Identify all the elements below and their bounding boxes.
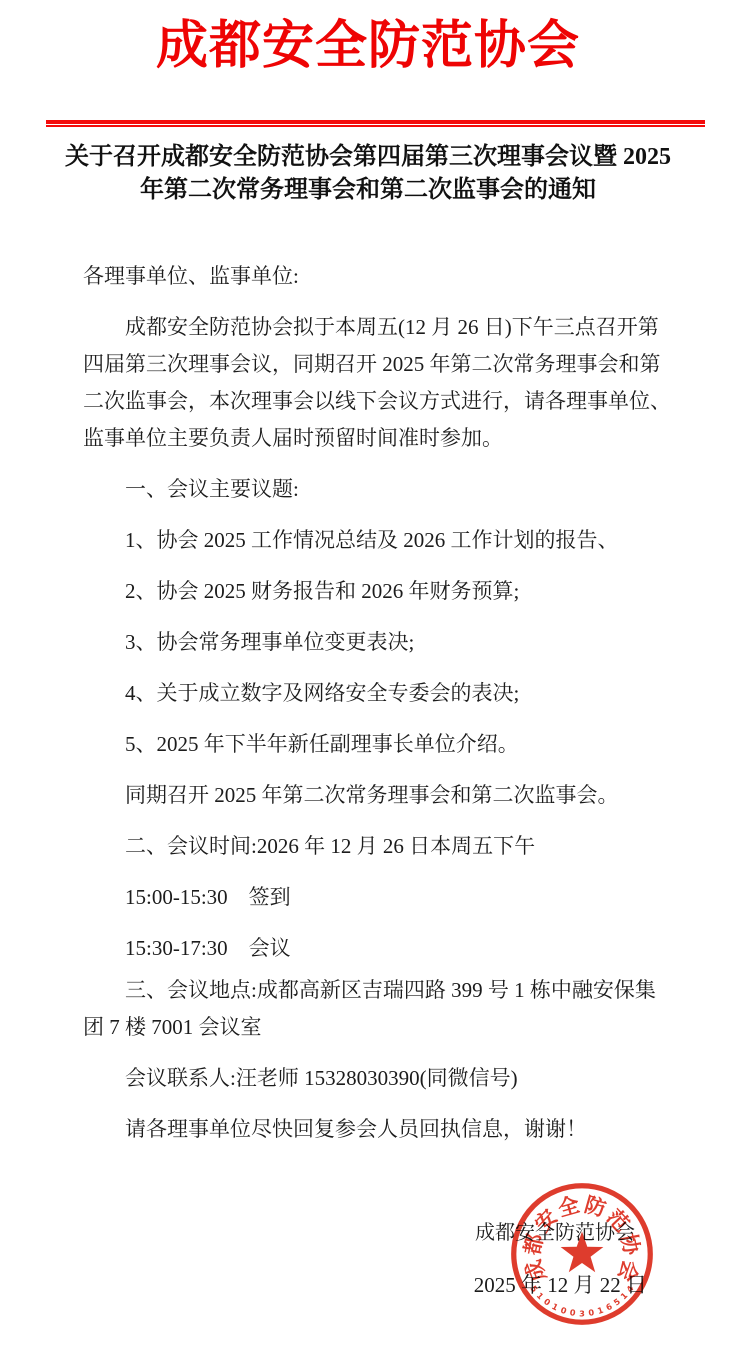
seal-char: 安 — [530, 1205, 562, 1237]
contact-line: 会议联系人:汪老师 15328030390(同微信号) — [83, 1060, 673, 1097]
org-title: 成都安全防范协会 — [0, 14, 736, 80]
seal-serial-digit: 0 — [559, 1305, 568, 1316]
notice-body: 各理事单位、监事单位: 成都安全防范协会拟于本周五(12 月 26 日)下午三点… — [83, 258, 673, 1162]
seal-char: 全 — [555, 1192, 582, 1221]
agenda-item: 2、协会 2025 财务报告和 2026 年财务预算; — [83, 573, 673, 610]
seal-char: 会 — [613, 1257, 643, 1285]
seal-serial-digit: 6 — [604, 1301, 614, 1313]
seal-char: 防 — [582, 1192, 609, 1221]
salutation: 各理事单位、监事单位: — [83, 258, 673, 295]
meeting-location: 三、会议地点:成都高新区吉瑞四路 399 号 1 栋中融安保集团 7 楼 700… — [83, 972, 673, 1046]
seal-serial-digit: 1 — [550, 1301, 560, 1313]
schedule-signin: 15:00-15:30 签到 — [83, 879, 673, 916]
intro-paragraph: 成都安全防范协会拟于本周五(12 月 26 日)下午三点召开第四届第三次理事会议… — [83, 309, 673, 457]
meeting-time-heading: 二、会议时间:2026 年 12 月 26 日本周五下午 — [83, 828, 673, 865]
seal-serial-digit: 1 — [596, 1305, 605, 1316]
star-icon — [561, 1232, 604, 1273]
notice-title-line2: 年第二次常务理事会和第二次监事会的通知 — [40, 174, 696, 207]
seal-serial-digit: 4 — [624, 1283, 636, 1294]
concurrent-note: 同期召开 2025 年第二次常务理事会和第二次监事会。 — [83, 777, 673, 814]
agenda-heading: 一、会议主要议题: — [83, 471, 673, 508]
header-divider — [46, 120, 705, 127]
agenda-item: 3、协会常务理事单位变更表决; — [83, 624, 673, 661]
seal-char: 范 — [602, 1205, 634, 1237]
agenda-item: 1、协会 2025 工作情况总结及 2026 工作计划的报告、 — [83, 522, 673, 559]
seal-serial-digit: 3 — [579, 1308, 585, 1318]
seal-serial-digit: 0 — [588, 1307, 595, 1318]
notice-title-line1: 关于召开成都安全防范协会第四届第三次理事会议暨 2025 — [40, 141, 696, 174]
official-seal-stamp: 成 都 安 全 防 范 协 会 5 1 0 1 0 0 3 0 1 6 5 1 … — [507, 1179, 657, 1329]
reply-request: 请各理事单位尽快回复参会人员回执信息，谢谢！ — [83, 1111, 673, 1148]
seal-char: 协 — [616, 1232, 644, 1258]
seal-serial-digit: 0 — [569, 1307, 576, 1318]
seal-serial-digit: 0 — [542, 1296, 553, 1308]
schedule-meeting: 15:30-17:30 会议 — [83, 930, 673, 967]
agenda-item: 5、2025 年下半年新任副理事长单位介绍。 — [83, 726, 673, 763]
seal-char: 都 — [520, 1232, 548, 1258]
notice-title: 关于召开成都安全防范协会第四届第三次理事会议暨 2025 年第二次常务理事会和第… — [40, 141, 696, 207]
agenda-item: 4、关于成立数字及网络安全专委会的表决; — [83, 675, 673, 712]
document-page: { "header": { "org_title": "成都安全防范协会", "… — [0, 0, 736, 1356]
seal-char: 成 — [521, 1257, 551, 1285]
